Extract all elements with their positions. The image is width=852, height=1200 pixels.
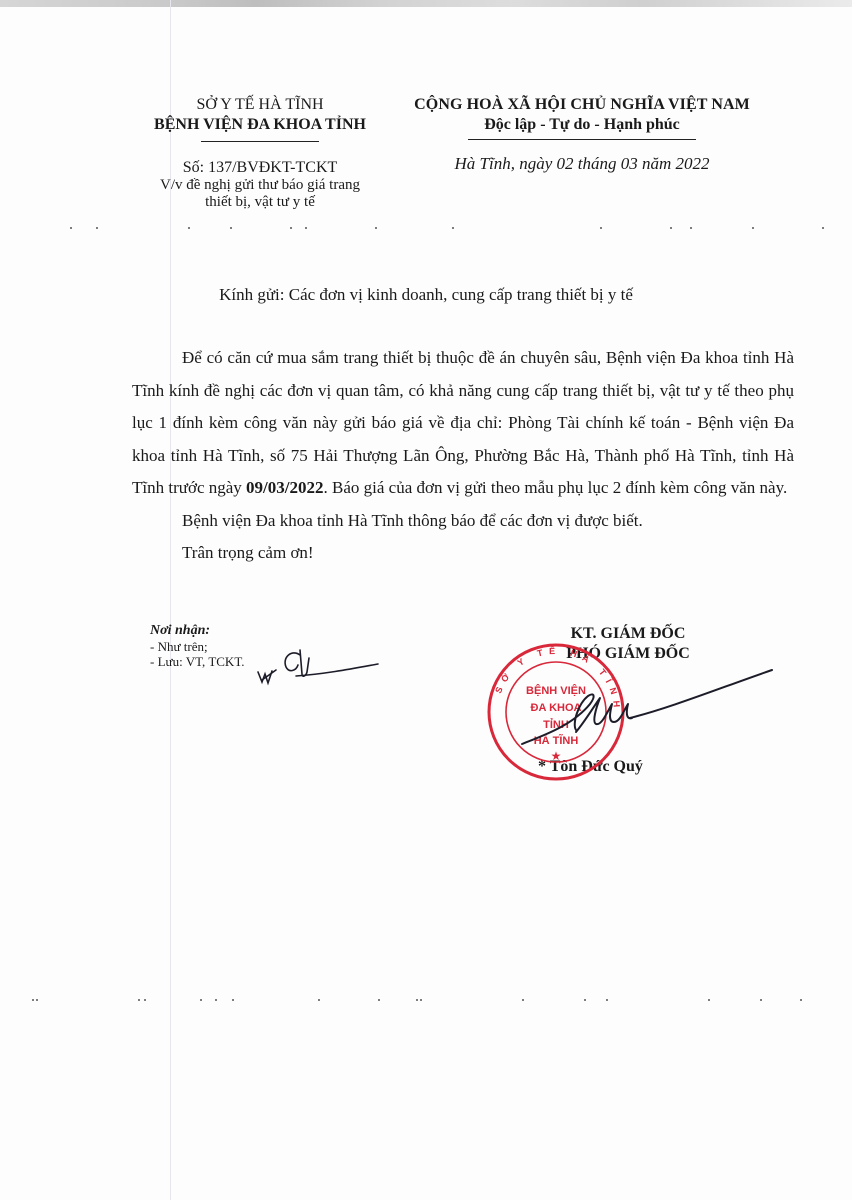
official-stamp-icon: SỞ Y TẾ HÀ TĨNH BỆNH VIỆN ĐA KHOA TỈNH H… <box>489 645 623 779</box>
svg-text:BỆNH VIỆN: BỆNH VIỆN <box>526 684 586 697</box>
initials-mark <box>258 650 378 683</box>
svg-text:ĐA KHOA: ĐA KHOA <box>531 702 582 714</box>
svg-text:★: ★ <box>551 749 562 763</box>
stamp-and-signatures: SỞ Y TẾ HÀ TĨNH BỆNH VIỆN ĐA KHOA TỈNH H… <box>0 0 852 1200</box>
